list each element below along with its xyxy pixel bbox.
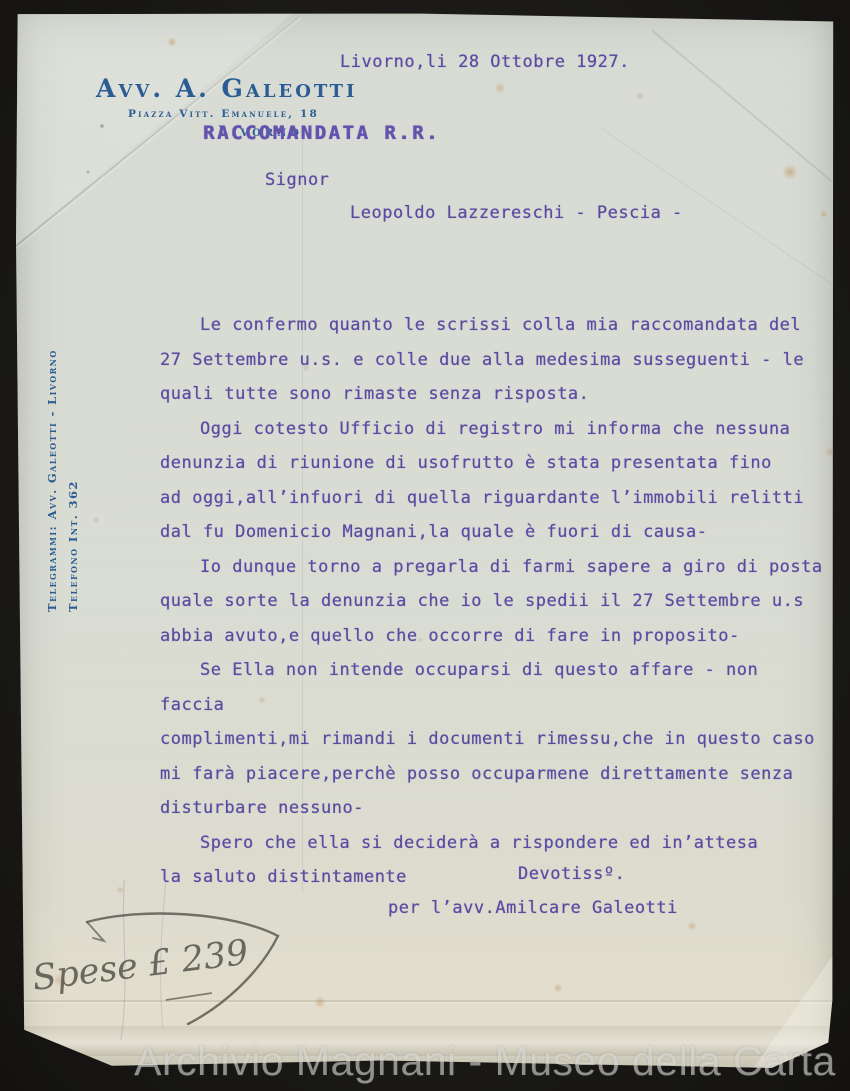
watermark-text: Archivio Magnani - Museo della Carta — [60, 1038, 850, 1085]
recipient-salutation: Signor — [265, 170, 329, 190]
body-paragraph: Le confermo quanto le scrissi colla mia … — [160, 308, 828, 412]
scan-background: Avv. A. Galeotti Piazza Vitt. Emanuele, … — [0, 0, 850, 1091]
body-paragraph: Io dunque torno a pregarla di farmi sape… — [160, 550, 828, 654]
crease-line — [652, 30, 833, 182]
signature-line: per l’avv.Amilcare Galeotti — [388, 898, 678, 918]
pencil-underline — [166, 993, 212, 1000]
recipient-name: Leopoldo Lazzereschi - Pescia - — [350, 203, 683, 223]
side-phone-label: Telefono Int. 362 — [63, 344, 84, 612]
paper-sheet: Avv. A. Galeotti Piazza Vitt. Emanuele, … — [16, 12, 834, 1070]
body-paragraph: Oggi cotesto Ufficio di registro mi info… — [160, 412, 828, 550]
handwritten-note: Spese £ 239 — [30, 880, 350, 1050]
date-line: Livorno,li 28 Ottobre 1927. — [340, 52, 630, 72]
letterhead-name: Avv. A. Galeotti — [96, 74, 357, 103]
pencil-flourish-tail — [87, 922, 104, 941]
registered-mail-stamp: RACCOMANDATA R.R. — [203, 122, 440, 144]
letter-body: Le confermo quanto le scrissi colla mia … — [160, 308, 828, 895]
valediction: Devotissº. — [518, 864, 625, 884]
side-telegrams-label: Telegrammi: Avv. Galeotti - Livorno — [42, 344, 63, 612]
handwritten-note-text: Spese £ 239 — [30, 933, 250, 999]
letterhead-side-imprint: Telegrammi: Avv. Galeotti - Livorno Tele… — [42, 344, 84, 612]
body-paragraph: Se Ella non intende occuparsi di questo … — [160, 653, 828, 826]
letterhead-address: Piazza Vitt. Emanuele, 18 — [128, 108, 319, 120]
